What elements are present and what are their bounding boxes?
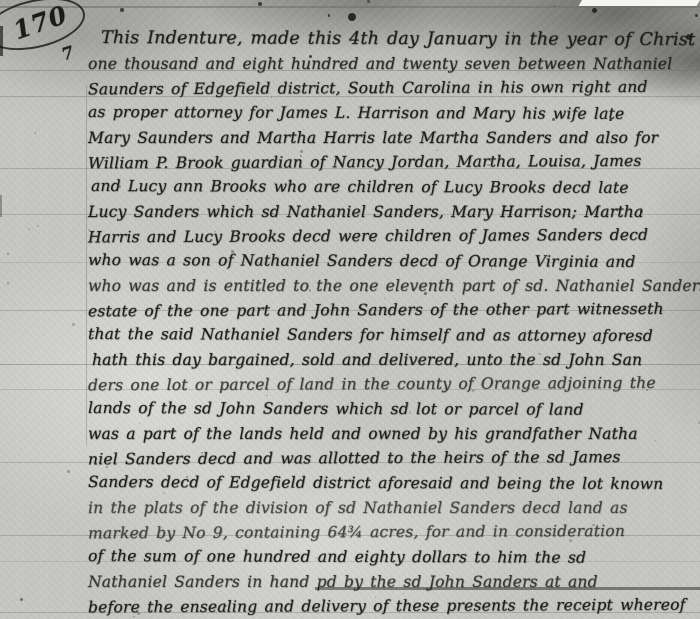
ruled-line bbox=[0, 6, 700, 8]
manuscript-line: before the ensealing and delivery of the… bbox=[88, 593, 690, 619]
manuscript-line: was a part of the lands held and owned b… bbox=[88, 422, 690, 447]
scan-speck bbox=[554, 5, 556, 7]
manuscript-line: Saunders of Edgefield district, South Ca… bbox=[88, 75, 690, 102]
scan-speck bbox=[7, 253, 9, 255]
manuscript-line: Harris and Lucy Brooks decd were childre… bbox=[88, 223, 690, 250]
manuscript-line: ders one lot or parcel of land in the co… bbox=[88, 371, 690, 398]
manuscript-line: as proper attorney for James L. Harrison… bbox=[88, 100, 690, 127]
manuscript-line: and Lucy ann Brooks who are children of … bbox=[91, 174, 690, 201]
scan-speck bbox=[68, 499, 69, 500]
manuscript-line: Mary Saunders and Martha Harris late Mar… bbox=[88, 126, 690, 151]
manuscript-line: of the sum of one hundred and eighty dol… bbox=[88, 544, 690, 571]
scanned-deed-page: 170 7 This Indenture, made this 4th day … bbox=[0, 0, 700, 619]
manuscript-line: that the said Nathaniel Sanders for hims… bbox=[88, 322, 690, 349]
manuscript-line: William P. Brook guardian of Nancy Jorda… bbox=[88, 149, 690, 176]
manuscript-line: Lucy Sanders which sd Nathaniel Sanders,… bbox=[88, 200, 690, 225]
page-top-edge bbox=[579, 0, 700, 6]
margin-caret-mark: 7 bbox=[59, 43, 76, 66]
manuscript-line: lands of the sd John Sanders which sd lo… bbox=[88, 396, 690, 423]
scan-speck bbox=[348, 13, 356, 21]
scan-speck bbox=[37, 225, 39, 227]
manuscript-line: This Indenture, made this 4th day Januar… bbox=[88, 26, 690, 53]
scan-speck bbox=[120, 8, 124, 12]
manuscript-line: who was and is entitled to the one eleve… bbox=[88, 274, 690, 299]
scan-speck bbox=[28, 228, 30, 230]
manuscript-line: in the plats of the division of sd Natha… bbox=[88, 496, 690, 521]
scan-edge-artifact bbox=[0, 195, 2, 217]
scan-speck bbox=[328, 14, 330, 16]
manuscript-line: Sanders decd of Edgefield district afore… bbox=[88, 470, 690, 497]
scan-speck bbox=[592, 8, 597, 13]
manuscript-line: niel Sanders decd and was allotted to th… bbox=[88, 445, 690, 472]
scan-speck bbox=[67, 470, 70, 473]
scan-speck bbox=[35, 132, 37, 134]
page-number-circle: 170 bbox=[0, 0, 90, 59]
margin-vertical-rule bbox=[86, 85, 87, 445]
page-number: 170 bbox=[10, 0, 72, 45]
scan-speck bbox=[72, 323, 75, 326]
scan-speck bbox=[695, 14, 698, 17]
manuscript-line: Nathaniel Sanders in hand pd by the sd J… bbox=[88, 570, 690, 595]
scan-speck bbox=[7, 282, 9, 284]
scan-speck bbox=[258, 2, 262, 6]
scan-speck bbox=[367, 0, 369, 2]
scan-speck bbox=[20, 598, 23, 601]
manuscript-line: one thousand and eight hundred and twent… bbox=[88, 52, 690, 77]
manuscript-line: who was a son of Nathaniel Sanders decd … bbox=[88, 248, 690, 275]
manuscript-line: hath this day bargained, sold and delive… bbox=[92, 348, 690, 373]
manuscript-line: marked by No 9, containing 64¾ acres, fo… bbox=[88, 519, 690, 546]
manuscript-text: This Indenture, made this 4th day Januar… bbox=[88, 27, 690, 619]
manuscript-line: estate of the one part and John Sanders … bbox=[88, 297, 690, 324]
